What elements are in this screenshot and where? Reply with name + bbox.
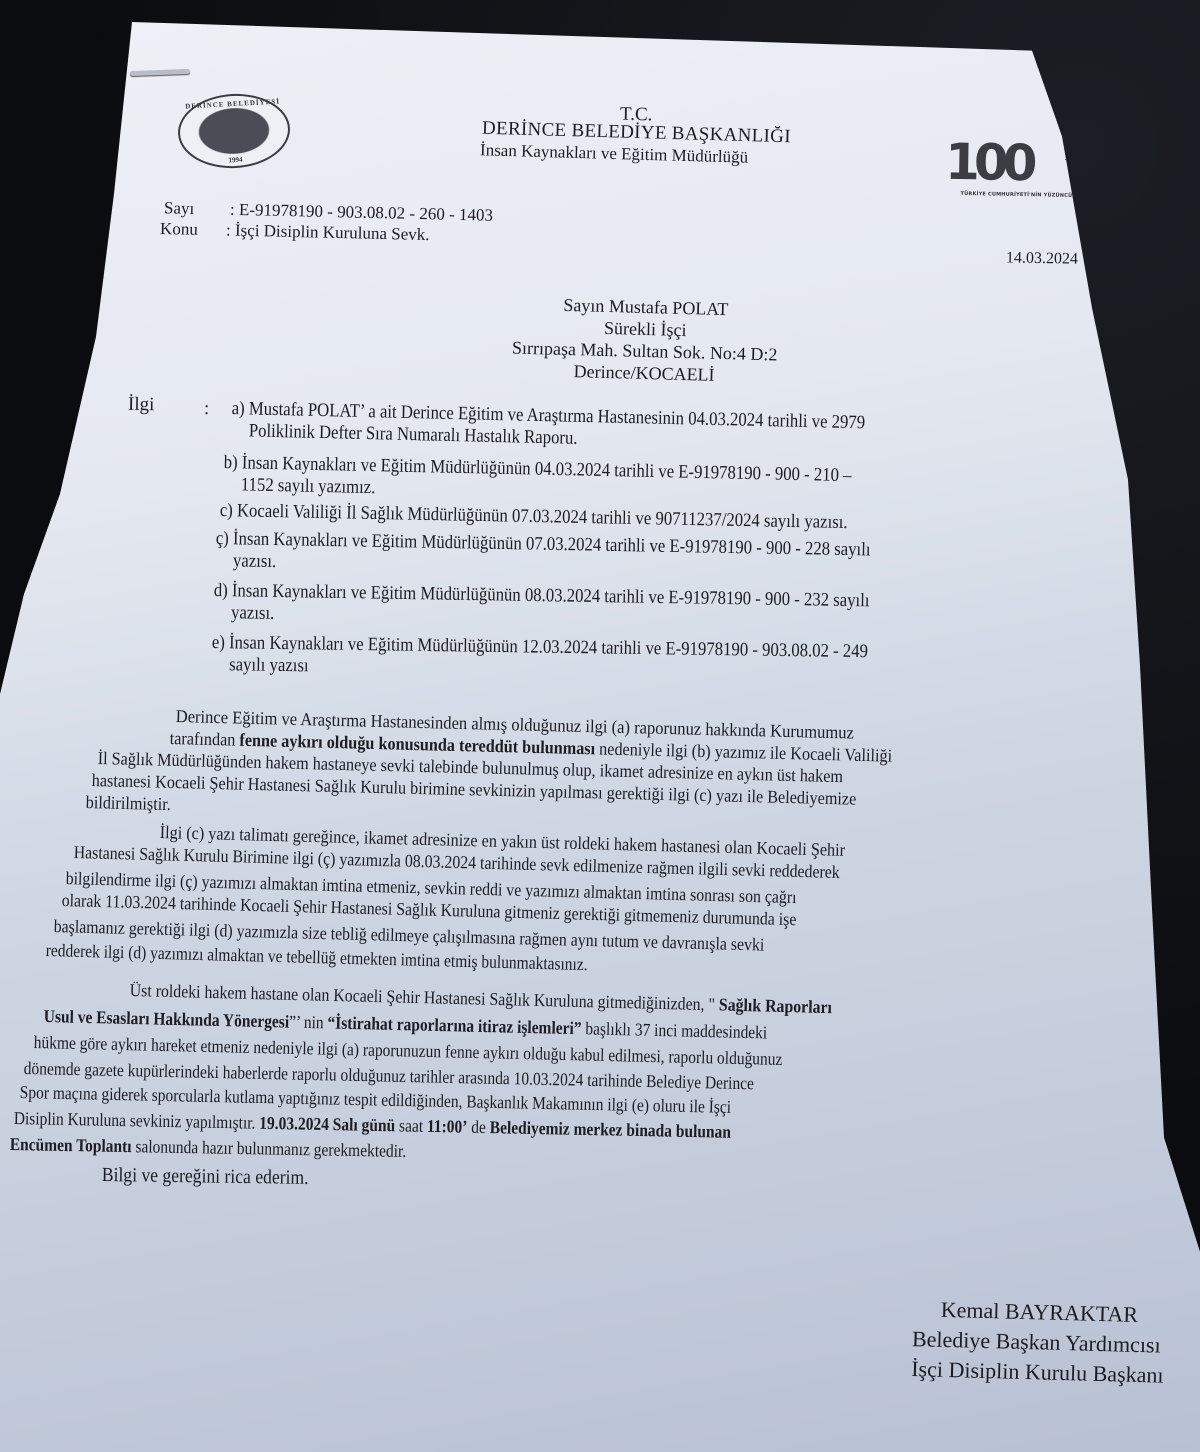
closing-line: Bilgi ve gereğini rica ederim. [102, 1164, 309, 1190]
body-line: bildirilmiştir. [85, 792, 171, 815]
staple [130, 69, 190, 76]
body-text: ”’ nin [289, 1012, 328, 1033]
emphasized-text: “İstirahat raporlarına itiraz işlemleri” [327, 1012, 581, 1038]
emphasized-text: Sağlık Raporları [719, 994, 833, 1017]
logo-text: DERİNCE BELEDİYESİ [178, 97, 286, 111]
signature-block: Kemal BAYRAKTAR Belediye Başkan Yardımcı… [911, 1294, 1200, 1392]
document-date: 14.03.2024 [1006, 249, 1078, 268]
centennial-number: 100 [945, 133, 1032, 192]
body-text: tarafından [170, 728, 240, 750]
ilgi-label: İlgi [128, 394, 155, 416]
ilgi-colon: : [204, 398, 210, 420]
body-line: Encümen Toplantı salonunda hazır bulunma… [10, 1134, 407, 1162]
body-text: de [467, 1117, 490, 1137]
body-text: bildirilmiştir. [86, 792, 172, 814]
konu-label: Konu [160, 219, 226, 240]
municipality-logo: DERİNCE BELEDİYESİ 1994 [176, 91, 292, 171]
reference-item: d) İnsan Kaynakları ve Eğitim Müdürlüğün… [213, 580, 869, 634]
reference-item: a) Mustafa POLAT’ a ait Derince Eğitim v… [231, 398, 865, 456]
logo-year: 1994 [181, 153, 289, 167]
body-text: salonunda hazır bulunmanız gerekmektedir… [131, 1136, 406, 1161]
emphasized-text: Belediyemiz merkez binada bulunan [490, 1117, 732, 1142]
document-page: DERİNCE BELEDİYESİ 1994 T.C. DERİNCE BEL… [0, 22, 1200, 1452]
body-text: saat [395, 1115, 427, 1136]
reference-item: ç) İnsan Kaynakları ve Eğitim Müdürlüğün… [215, 528, 870, 583]
emphasized-text: Usul ve Esasları Hakkında Yönergesi [44, 1006, 290, 1032]
emphasized-text: 19.03.2024 Salı günü [259, 1113, 395, 1136]
centennial-caption: TÜRKİYE CUMHURİYETİ'NİN YÜZÜNCÜ YILI [961, 191, 1086, 199]
body-text: başlıklı 37 inci maddesindeki [581, 1018, 767, 1042]
reference-item: b) İnsan Kaynakları ve Eğitim Müdürlüğün… [223, 452, 852, 509]
konu-value: : İşçi Disiplin Kuruluna Sevk. [226, 220, 430, 244]
body-text: Disiplin Kuruluna sevkiniz yapılmıştır. [14, 1108, 260, 1133]
emphasized-text: 11:00’ [427, 1116, 468, 1137]
emphasized-text: Encümen Toplantı [10, 1134, 132, 1156]
reference-item: e) İnsan Kaynakları ve Eğitim Müdürlüğün… [211, 632, 868, 685]
recipient-block: Sayın Mustafa POLAT Sürekli İşçi Sırrıpa… [469, 291, 821, 388]
signatory-role: İşçi Disiplin Kurulu Başkanı [911, 1354, 1200, 1392]
sayi-label: Sayı [164, 198, 230, 219]
